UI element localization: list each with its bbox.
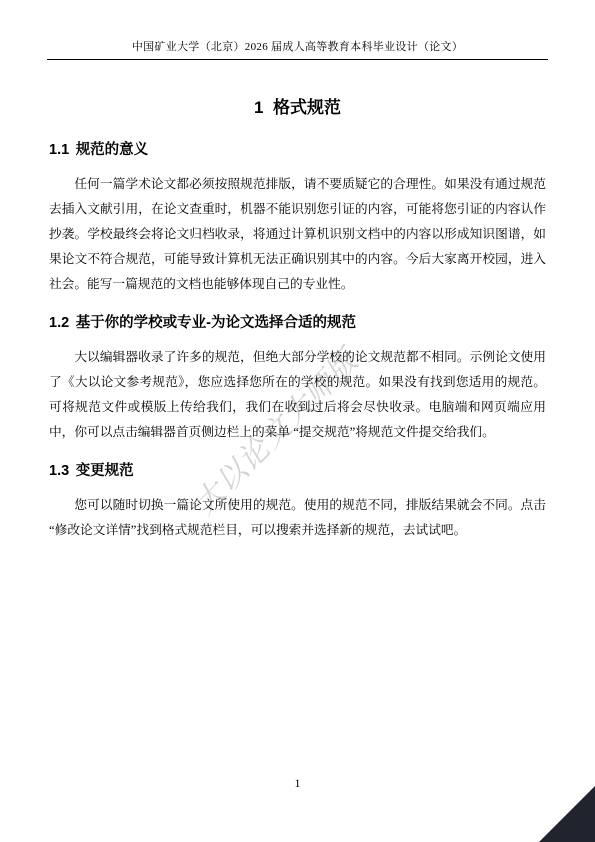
section-heading-1-2: 1.2基于你的学校或专业-为论文选择合适的规范: [49, 311, 546, 332]
section-heading-1-3: 1.3变更规范: [49, 459, 546, 480]
section-heading-text: 规范的意义: [76, 142, 149, 158]
page-number: 1: [0, 776, 595, 791]
page-content: 1 格式规范 1.1规范的意义 任何一篇学术论文都必须按照规范排版，请不要质疑它…: [49, 57, 546, 543]
section-paragraph-1-1: 任何一篇学术论文都必须按照规范排版，请不要质疑它的合理性。如果没有通过规范去插入…: [49, 172, 546, 297]
section-number: 1.2: [49, 315, 69, 331]
section-number: 1.1: [49, 142, 69, 158]
section-heading-text: 基于你的学校或专业-为论文选择合适的规范: [76, 315, 356, 331]
document-page: 中国矿业大学（北京）2026 届成人高等教育本科毕业设计（论文） 大以论文大师版…: [0, 0, 595, 842]
section-heading-text: 变更规范: [76, 463, 134, 479]
section-paragraph-1-3: 您可以随时切换一篇论文所使用的规范。使用的规范不同，排版结果就会不同。点击“修改…: [49, 493, 546, 543]
section-number: 1.3: [49, 463, 69, 479]
chapter-title: 1 格式规范: [49, 93, 546, 118]
section-heading-1-1: 1.1规范的意义: [49, 138, 546, 159]
corner-fold-triangle: [539, 786, 595, 842]
section-paragraph-1-2: 大以编辑器收录了许多的规范，但绝大部分学校的论文规范都不相同。示例论文使用了《大…: [49, 345, 546, 445]
